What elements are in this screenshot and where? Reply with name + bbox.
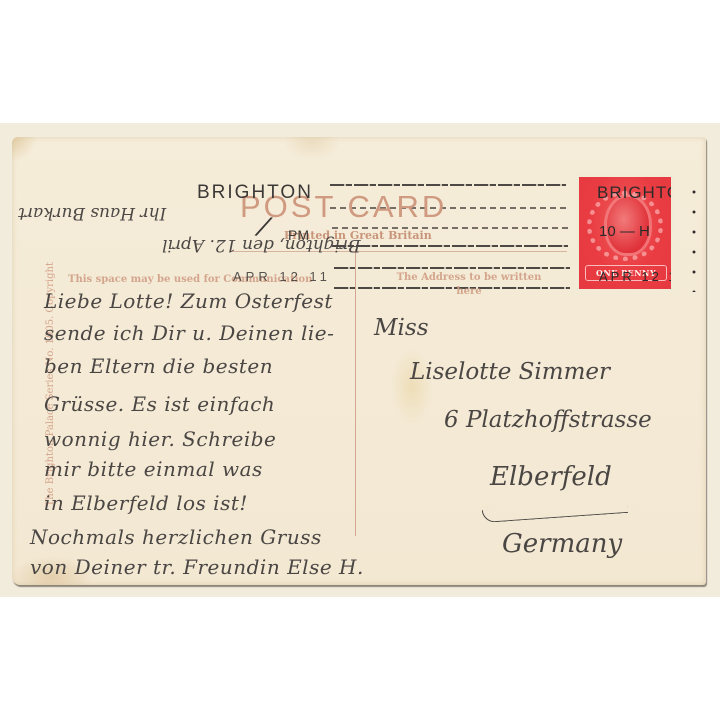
postage-stamp: ONE PENNY BRIGHTON 10 — H APR 12 11 bbox=[576, 174, 674, 292]
center-divider bbox=[355, 249, 356, 536]
message-line: ben Eltern die besten bbox=[44, 354, 273, 378]
message-line: mir bitte einmal was bbox=[44, 457, 263, 481]
address-name: Liselotte Simmer bbox=[410, 359, 610, 385]
message-line: Liebe Lotte! Zum Osterfest bbox=[44, 289, 333, 313]
stamp-cancel-town: BRIGHTON bbox=[597, 183, 671, 203]
city-underline bbox=[482, 500, 629, 523]
address-salutation: Miss bbox=[374, 315, 429, 341]
address-label: The Address to be written here bbox=[394, 271, 544, 299]
message-line: wonnig hier. Schreibe bbox=[44, 427, 276, 451]
cancel-line bbox=[332, 245, 568, 247]
corner-wear bbox=[12, 137, 38, 161]
upside-down-line: Ihr Haus Burkart bbox=[18, 203, 166, 223]
perforation-dots bbox=[692, 182, 696, 292]
message-line: sende ich Dir u. Deinen lie- bbox=[44, 321, 334, 345]
message-line: Grüsse. Es ist einfach bbox=[44, 392, 275, 416]
cancel-line bbox=[334, 267, 570, 269]
stamp-cancel-time: 10 — H bbox=[599, 223, 650, 240]
message-line: Nochmals herzlichen Gruss bbox=[30, 525, 322, 549]
stamp-cancel-date: APR 12 11 bbox=[599, 269, 671, 284]
postcard: POST CARD Printed in Great Britain This … bbox=[12, 137, 706, 585]
stamp-face: ONE PENNY BRIGHTON 10 — H APR 12 11 bbox=[579, 177, 671, 289]
message-line: von Deiner tr. Freundin Else H. bbox=[30, 555, 364, 579]
message-line: in Elberfeld los ist! bbox=[44, 491, 248, 515]
postmark-town: BRIGHTON bbox=[197, 182, 313, 204]
postmark-date: APR 12 11 bbox=[233, 269, 331, 284]
address-street: 6 Platzhoffstrasse bbox=[444, 407, 652, 433]
upside-down-line: Brighton, den 12. April bbox=[162, 235, 361, 255]
address-country: Germany bbox=[502, 529, 622, 559]
cancel-line bbox=[330, 184, 566, 186]
address-city: Elberfeld bbox=[490, 462, 612, 492]
